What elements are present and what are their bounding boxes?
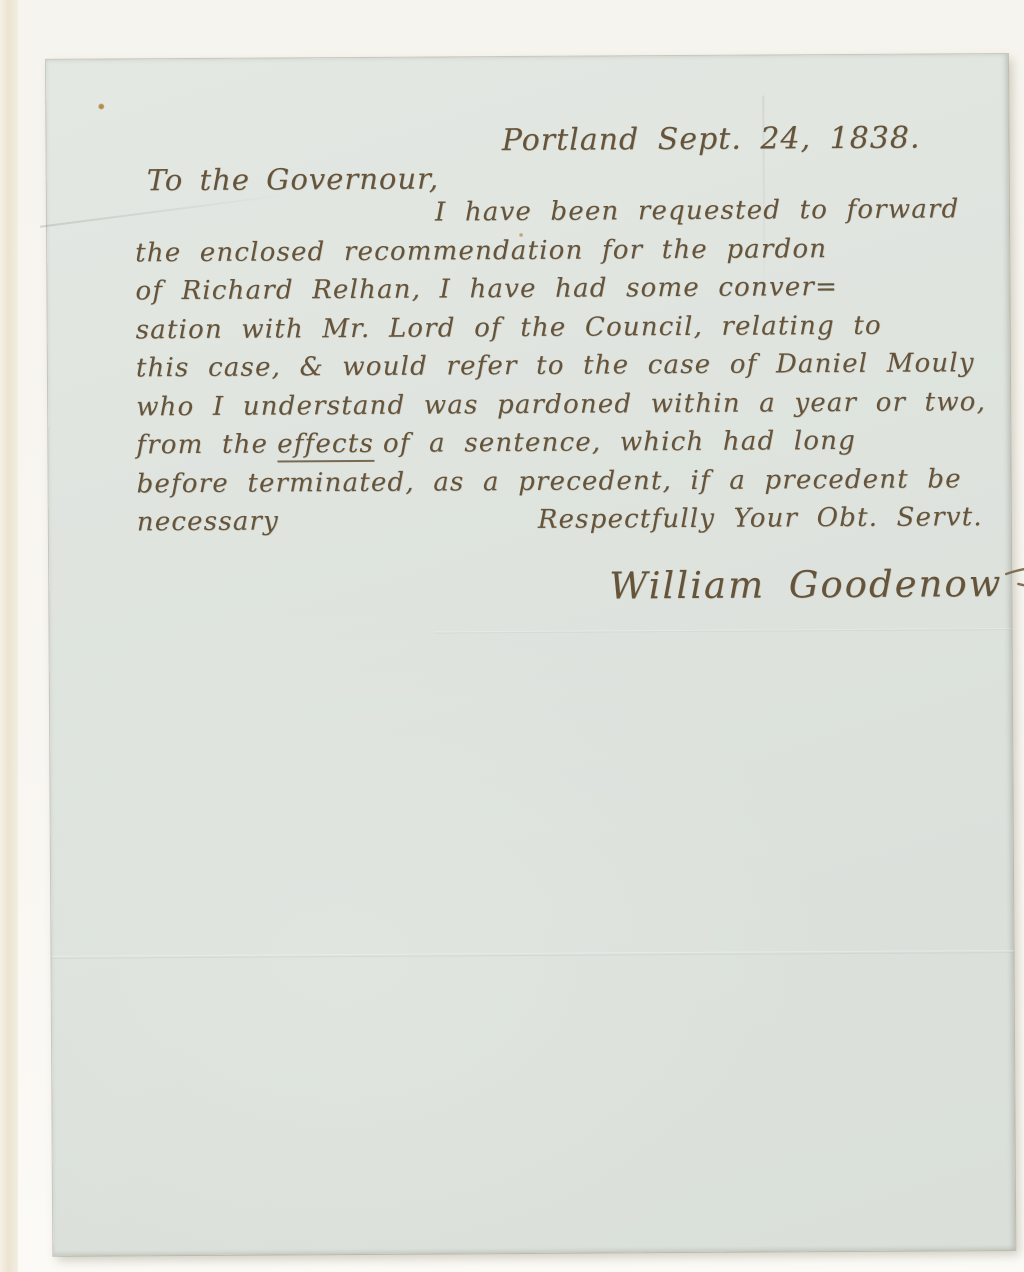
scan-background: Portland Sept. 24, 1838. To the Governou…: [0, 0, 1024, 1272]
letter-page: Portland Sept. 24, 1838. To the Governou…: [46, 54, 1015, 1256]
necessary-word: necessary: [137, 502, 279, 541]
letter-body: I have been requested to forward the enc…: [135, 190, 995, 542]
foxing-spot: [98, 104, 104, 110]
signature-name: William Goodenow: [609, 562, 1002, 607]
signature-flourish: [1004, 561, 1024, 596]
body-line: who I understand was pardoned within a y…: [136, 383, 994, 427]
underlined-word: effects: [277, 429, 374, 463]
signature: William Goodenow: [609, 561, 1024, 607]
backing-sheet-edge: [0, 0, 18, 1272]
paper-fold-crease: [51, 950, 1013, 959]
body-line: I have been requested to forward: [135, 190, 993, 234]
body-line-segment: from the: [136, 430, 268, 461]
body-line: before terminated, as a precedent, if a …: [136, 460, 994, 504]
closing-phrase: Respectfully Your Obt. Servt.: [538, 498, 983, 539]
body-line-segment: of a sentence, which had long: [383, 426, 856, 459]
body-line: sation with Mr. Lord of the Council, rel…: [136, 306, 994, 350]
dateline: Portland Sept. 24, 1838.: [502, 121, 921, 159]
body-line: of Richard Relhan, I have had some conve…: [135, 267, 993, 311]
body-line: from theeffectsof a sentence, which had …: [136, 421, 994, 465]
body-line: the enclosed recommendation for the pard…: [135, 229, 993, 273]
body-line: this case, & would refer to the case of …: [136, 344, 994, 388]
paper-crease-minor: [434, 628, 1011, 634]
salutation: To the Governour,: [147, 161, 439, 197]
closing-line: necessary Respectfully Your Obt. Servt.: [137, 498, 995, 542]
